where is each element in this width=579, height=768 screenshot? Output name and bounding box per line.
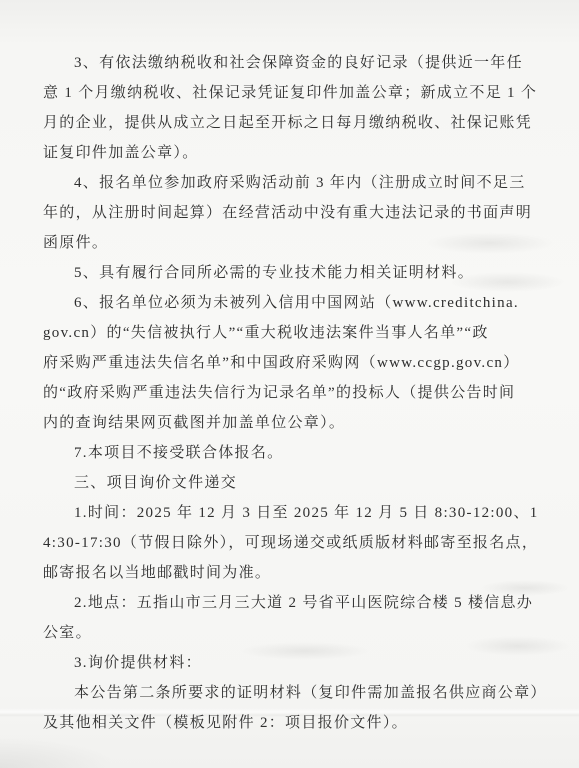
clause-4-no-major-violations: 4、报名单位参加政府采购活动前 3 年内（注册成立时间不足三 年的，从注册时间起… [43,168,543,258]
text-line: 意 1 个月缴纳税收、社保记录凭证复印件加盖公章；新成立不足 1 个 [43,78,543,108]
text-line: 5、具有履行合同所必需的专业技术能力相关证明材料。 [43,258,543,288]
section-heading-inquiry-document-submission: 三、项目询价文件递交 [43,468,543,498]
text-line: 邮寄报名以当地邮戳时间为准。 [43,558,543,588]
text-line: 证复印件加盖公章）。 [43,138,543,168]
text-line: 函原件。 [43,228,543,258]
scanned-document-page: 3、有依法缴纳税收和社会保障资金的良好记录（提供近一年任 意 1 个月缴纳税收、… [0,0,579,768]
text-line: 府采购严重违法失信名单”和中国政府采购网（www.ccgp.gov.cn） [43,348,543,378]
text-line: 4、报名单位参加政府采购活动前 3 年内（注册成立时间不足三 [43,168,543,198]
text-line: 本公告第二条所要求的证明材料（复印件需加盖报名供应商公章） [43,678,543,708]
item-3-materials-heading: 3.询价提供材料： [43,648,543,678]
item-1-submission-time: 1.时间：2025 年 12 月 3 日至 2025 年 12 月 5 日 8:… [43,498,543,588]
materials-detail: 本公告第二条所要求的证明材料（复印件需加盖报名供应商公章） 及其他相关文件（模板… [43,678,543,738]
text-line: 6、报名单位必须为未被列入信用中国网站（www.creditchina. [43,288,543,318]
text-line: 3.询价提供材料： [43,648,543,678]
text-line: 及其他相关文件（模板见附件 2：项目报价文件）。 [43,708,543,738]
text-line: gov.cn）的“失信被执行人”“重大税收违法案件当事人名单”“政 [43,318,543,348]
clause-5-technical-capability: 5、具有履行合同所必需的专业技术能力相关证明材料。 [43,258,543,288]
text-line: 的“政府采购严重违法失信行为记录名单”的投标人（提供公告时间 [43,378,543,408]
text-line: 内的查询结果网页截图并加盖单位公章）。 [43,408,543,438]
text-line: 公室。 [43,618,543,648]
section-heading: 三、项目询价文件递交 [43,468,543,498]
clause-6-credit-china-lists: 6、报名单位必须为未被列入信用中国网站（www.creditchina. gov… [43,288,543,438]
text-line: 月的企业，提供从成立之日起至开标之日每月缴纳税收、社保记账凭 [43,108,543,138]
text-line: 7.本项目不接受联合体报名。 [43,438,543,468]
text-line: 年的，从注册时间起算）在经营活动中没有重大违法记录的书面声明 [43,198,543,228]
clause-7-no-consortium: 7.本项目不接受联合体报名。 [43,438,543,468]
document-body: 3、有依法缴纳税收和社会保障资金的良好记录（提供近一年任 意 1 个月缴纳税收、… [43,48,543,738]
text-line: 1.时间：2025 年 12 月 3 日至 2025 年 12 月 5 日 8:… [43,498,543,528]
text-line: 2.地点：五指山市三月三大道 2 号省平山医院综合楼 5 楼信息办 [43,588,543,618]
text-line: 4:30-17:30（节假日除外），可现场递交或纸质版材料邮寄至报名点， [43,528,543,558]
scan-corner-shade [0,738,110,768]
clause-3-tax-social-security: 3、有依法缴纳税收和社会保障资金的良好记录（提供近一年任 意 1 个月缴纳税收、… [43,48,543,168]
item-2-submission-location: 2.地点：五指山市三月三大道 2 号省平山医院综合楼 5 楼信息办 公室。 [43,588,543,648]
text-line: 3、有依法缴纳税收和社会保障资金的良好记录（提供近一年任 [43,48,543,78]
